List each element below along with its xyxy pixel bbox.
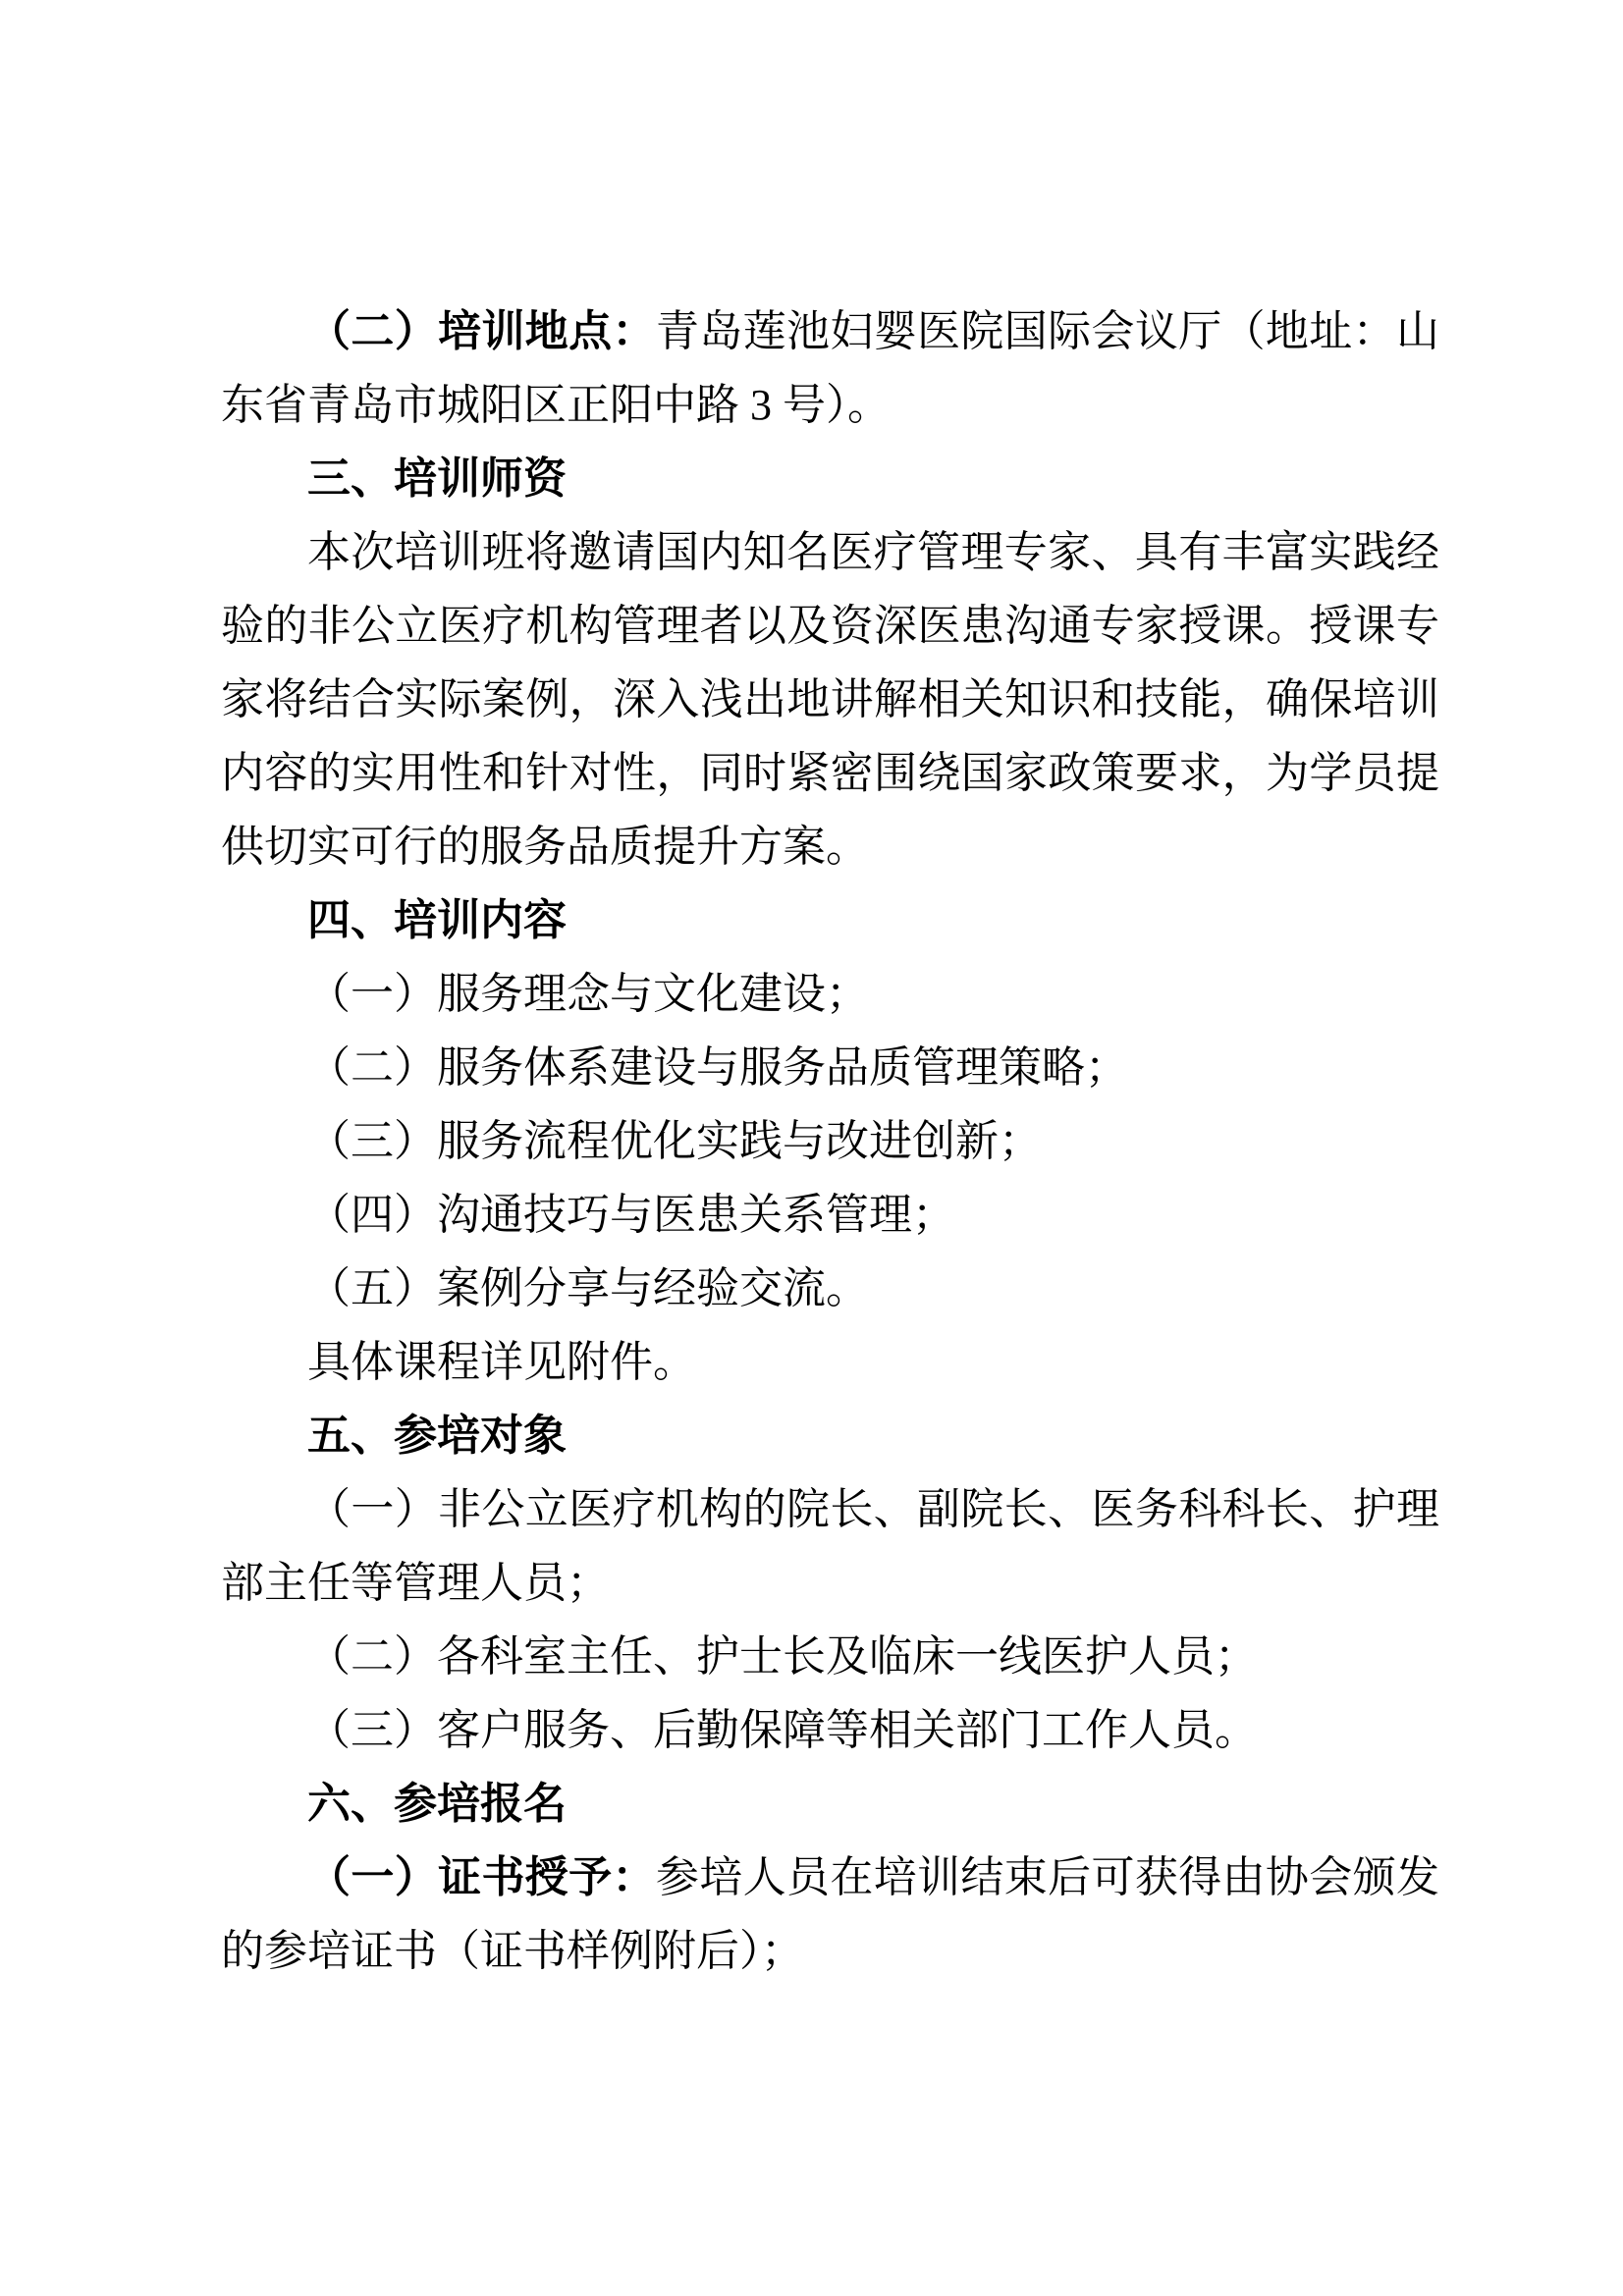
list-item-content-2: （二）服务体系建设与服务品质管理策略；	[221, 1031, 1439, 1104]
paragraph-text: 本次培训班将邀请国内知名医疗管理专家、具有丰富实践经验的非公立医疗机构管理者以及…	[221, 528, 1439, 871]
paragraph-text: （五）案例分享与经验交流。	[307, 1264, 869, 1312]
paragraph-text: 具体课程详见附件。	[307, 1338, 696, 1386]
list-item-audience-2: （二）各科室主任、护士长及临床一线医护人员；	[221, 1620, 1439, 1693]
list-item-audience-3: （三）客户服务、后勤保障等相关部门工作人员。	[221, 1693, 1439, 1767]
paragraph-course-attachment-note: 具体课程详见附件。	[221, 1325, 1439, 1399]
list-item-audience-1: （一）非公立医疗机构的院长、副院长、医务科科长、护理部主任等管理人员；	[221, 1472, 1439, 1620]
section-heading-6: 六、参培报名	[221, 1767, 1439, 1841]
paragraph-lead-label: （二）培训地点：	[307, 307, 656, 355]
list-item-content-5: （五）案例分享与经验交流。	[221, 1252, 1439, 1325]
paragraph-text: （三）客户服务、后勤保障等相关部门工作人员。	[307, 1706, 1258, 1754]
section-heading-3: 三、培训师资	[221, 442, 1439, 515]
list-item-content-1: （一）服务理念与文化建设；	[221, 957, 1439, 1031]
paragraph-text: （二）服务体系建设与服务品质管理策略；	[307, 1043, 1128, 1092]
section-heading-4: 四、培训内容	[221, 883, 1439, 957]
paragraph-text: （三）服务流程优化实践与改进创新；	[307, 1117, 1042, 1165]
paragraph-certificate: （一）证书授予：参培人员在培训结束后可获得由协会颁发的参培证书（证书样例附后）；	[221, 1841, 1439, 1988]
list-item-content-3: （三）服务流程优化实践与改进创新；	[221, 1104, 1439, 1178]
paragraph-lead-label: （一）证书授予：	[307, 1853, 656, 1901]
paragraph-text: （一）非公立医疗机构的院长、副院长、医务科科长、护理部主任等管理人员；	[221, 1485, 1439, 1607]
paragraph-text: （二）各科室主任、护士长及临床一线医护人员；	[307, 1632, 1258, 1681]
list-item-content-4: （四）沟通技巧与医患关系管理；	[221, 1178, 1439, 1252]
paragraph-text: （四）沟通技巧与医患关系管理；	[307, 1191, 955, 1239]
paragraph-faculty-intro: 本次培训班将邀请国内知名医疗管理专家、具有丰富实践经验的非公立医疗机构管理者以及…	[221, 515, 1439, 883]
document-page: （二）培训地点：青岛莲池妇婴医院国际会议厅（地址：山东省青岛市城阳区正阳中路 3…	[0, 0, 1623, 2296]
document-body: （二）培训地点：青岛莲池妇婴医院国际会议厅（地址：山东省青岛市城阳区正阳中路 3…	[221, 294, 1439, 1988]
paragraph-text: （一）服务理念与文化建设；	[307, 970, 869, 1018]
paragraph-training-location: （二）培训地点：青岛莲池妇婴医院国际会议厅（地址：山东省青岛市城阳区正阳中路 3…	[221, 294, 1439, 442]
section-heading-5: 五、参培对象	[221, 1399, 1439, 1472]
